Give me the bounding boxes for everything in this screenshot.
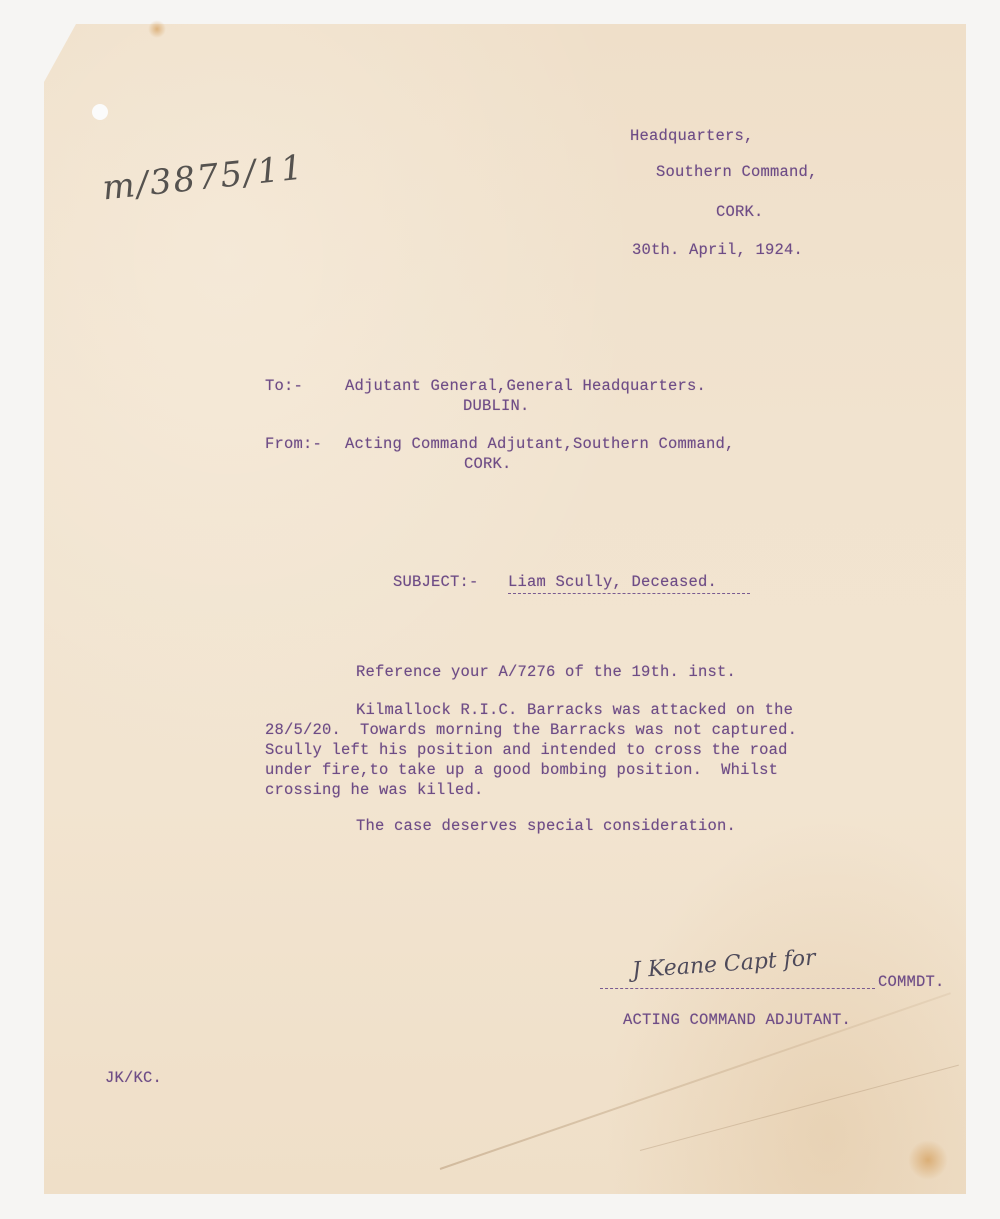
to-recipient: Adjutant General,General Headquarters. (345, 376, 706, 396)
body-line: 28/5/20. Towards morning the Barracks wa… (265, 720, 797, 740)
closing-line: The case deserves special consideration. (356, 816, 736, 836)
to-city: DUBLIN. (463, 396, 530, 416)
letterhead-command: Southern Command, (656, 162, 818, 182)
rust-stain (148, 20, 166, 38)
to-label: To:- (265, 376, 303, 396)
body-line: Kilmallock R.I.C. Barracks was attacked … (356, 700, 793, 720)
body-line: under fire,to take up a good bombing pos… (265, 760, 778, 780)
letter-date: 30th. April, 1924. (632, 240, 803, 260)
signature-rank: COMMDT. (878, 972, 945, 992)
typist-initials: JK/KC. (105, 1068, 162, 1088)
from-city: CORK. (464, 454, 512, 474)
subject-value: Liam Scully, Deceased. (508, 572, 717, 592)
reference-line: Reference your A/7276 of the 19th. inst. (356, 662, 736, 682)
rust-stain (908, 1140, 948, 1180)
signature-line (600, 988, 875, 989)
letterhead-headquarters: Headquarters, (630, 126, 754, 146)
signature-title: ACTING COMMAND ADJUTANT. (623, 1010, 851, 1030)
body-line: crossing he was killed. (265, 780, 484, 800)
punch-hole (92, 104, 108, 120)
subject-underline (508, 593, 750, 594)
from-label: From:- (265, 434, 322, 454)
body-line: Scully left his position and intended to… (265, 740, 788, 760)
from-sender: Acting Command Adjutant,Southern Command… (345, 434, 735, 454)
subject-label: SUBJECT:- (393, 572, 479, 592)
letterhead-city: CORK. (716, 202, 764, 222)
